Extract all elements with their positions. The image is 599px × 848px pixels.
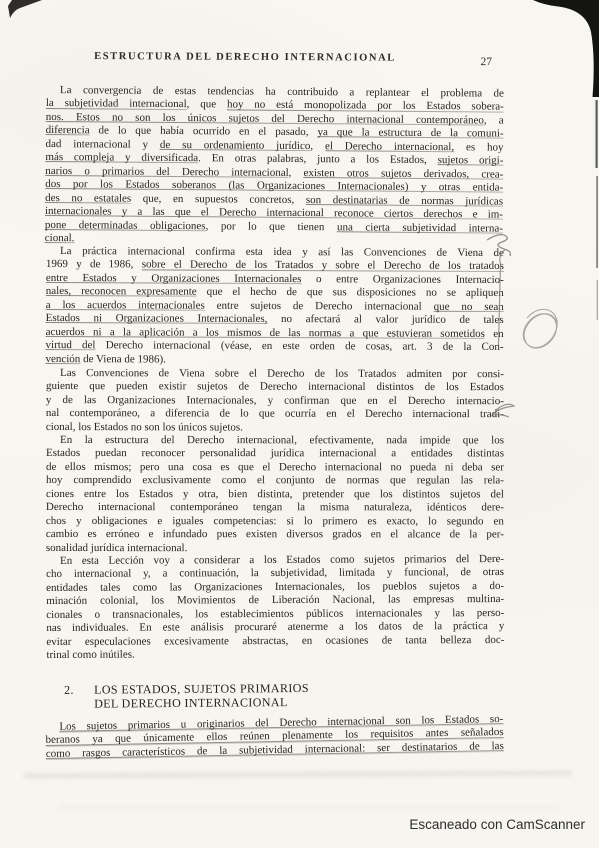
text-segment: cionales o transnacionales, los establec… xyxy=(46,607,504,621)
underlined-text-segment: acuerdos ni a la aplicación a los mismos… xyxy=(46,326,485,340)
page-number: 27 xyxy=(480,56,492,68)
text-segment: , que xyxy=(187,99,227,111)
underlined-text-segment: des no estatales xyxy=(45,192,131,205)
underlined-text-segment: la subjetividad internacional xyxy=(46,97,187,110)
text-line: evitar especulaciones excesivamente abst… xyxy=(46,634,504,649)
text-segment: Estados puedan reconocer personalidad ju… xyxy=(46,447,504,459)
page-header: ESTRUCTURA DEL DERECHO INTERNACIONAL 27 xyxy=(46,51,504,69)
underlined-text-segment: virtud del xyxy=(46,340,96,352)
text-segment: de ellos mismos; pero una cosa es que el… xyxy=(46,461,504,473)
paragraph-sujetos-primarios: Los sujetos primarios u originarios del … xyxy=(45,713,504,761)
section-title-line2: DEL DERECHO INTERNACIONAL xyxy=(46,694,504,712)
text-segment: nas individuales. En este análisis procu… xyxy=(46,620,504,634)
text-segment: que el hecho de que sus disposiciones no… xyxy=(197,286,504,299)
text-line: Estados puedan reconocer personalidad ju… xyxy=(46,447,504,461)
text-segment: no afectará al valor jurídico de tales xyxy=(267,314,503,327)
text-segment: , por lo que tienen xyxy=(206,220,338,233)
text-segment: , a xyxy=(484,114,504,126)
text-line: cambio es erróneo e infundado pues exist… xyxy=(46,528,504,542)
text-line: Las Convenciones de Viena sobre el Derec… xyxy=(46,367,504,382)
text-segment: guiente que pueden existir sujetos de De… xyxy=(46,380,504,393)
underlined-text-segment: a los acuerdos internacionales xyxy=(46,299,205,312)
paragraph-convergencia: La convergencia de estas tendencias ha c… xyxy=(45,84,504,249)
underlined-text-segment: sujetos origi- xyxy=(438,154,504,167)
text-segment: La práctica internacional confirma esta … xyxy=(60,245,504,259)
underlined-text-segment: Estados ni Organizaciones Internacionale… xyxy=(46,313,268,326)
text-segment: chos y obligaciones e iguales competenci… xyxy=(46,514,504,526)
section-number: 2. xyxy=(46,683,94,697)
text-segment: Derecho internacional (véase, en este or… xyxy=(95,340,503,354)
underlined-text-segment: el Derecho internacional, xyxy=(325,140,454,153)
underlined-text-segment: de su ordenamiento jurídico xyxy=(160,139,311,152)
text-segment: ciones entre los Estados y otra, bien di… xyxy=(46,488,504,500)
text-segment: que, en supuestos concretos, xyxy=(131,192,306,205)
text-line: guiente que pueden existir sujetos de De… xyxy=(46,380,504,395)
body-text-column: La convergencia de estas tendencias ha c… xyxy=(46,84,504,762)
underlined-text-segment: existen otros sujetos derivados, crea- xyxy=(304,167,504,181)
text-segment: nal contemporáneo, a diferencia de lo qu… xyxy=(46,407,504,420)
paragraph-practica-internacional: La práctica internacional confirma esta … xyxy=(45,245,504,368)
text-line: En la estructura del Derecho internacion… xyxy=(46,434,504,448)
text-segment: cional, los Estados no son los únicos su… xyxy=(46,420,243,433)
underlined-text-segment: son destinatarias de normas jurídicas xyxy=(306,194,503,208)
text-segment: En la estructura del Derecho internacion… xyxy=(60,434,504,446)
underlined-text-segment: internacionales y a las que el Derecho i… xyxy=(45,205,503,221)
text-segment: de lo que había ocurrido en el pasado, xyxy=(90,125,318,139)
text-segment: evitar especulaciones excesivamente abst… xyxy=(46,634,504,648)
text-line: chos y obligaciones e iguales competenci… xyxy=(46,515,504,529)
underlined-text-segment: hoy no está monopolizada por los Estados… xyxy=(227,99,504,113)
text-segment: de Viena de 1986). xyxy=(80,353,166,365)
underlined-text-segment: más compleja y diversificada xyxy=(45,151,198,164)
text-line: de ellos mismos; pero una cosa es que el… xyxy=(46,461,504,475)
underlined-text-segment: sobre el Derecho de los Tratados y sobre… xyxy=(142,259,504,273)
paragraph-convenciones-viena: Las Convenciones de Viena sobre el Derec… xyxy=(46,367,504,435)
text-segment: o entre Organizaciones Internacio- xyxy=(301,273,503,286)
camscanner-watermark: Escaneado con CamScanner xyxy=(409,817,585,832)
text-segment: , xyxy=(310,140,325,152)
text-segment: minación colonial, los Movimientos de Li… xyxy=(46,593,504,607)
text-segment: hoy comprendido exclusivamente como el c… xyxy=(46,474,504,486)
text-segment: cho internacional y, a continuación, la … xyxy=(46,566,504,580)
underlined-text-segment: narios o primarios del Derecho internaci… xyxy=(45,165,288,179)
text-segment: Las Convenciones de Viena sobre el Derec… xyxy=(60,367,504,380)
text-line: y de las Organizaciones Internacionales,… xyxy=(46,393,504,408)
paragraph-estructura-derecho: En la estructura del Derecho internacion… xyxy=(46,434,504,555)
underlined-text-segment: dos por los Estados soberanos (las Organ… xyxy=(45,178,503,194)
paragraph-en-esta-leccion: En esta Lección voy a considerar a los E… xyxy=(46,553,504,663)
text-line: cional, los Estados no son los únicos su… xyxy=(46,420,504,435)
underlined-text-segment: entre Estados y Organizaciones Internaci… xyxy=(46,272,302,285)
text-segment: En esta Lección voy a considerar a los E… xyxy=(60,553,504,567)
underlined-text-segment: una cierta subjetividad interna- xyxy=(337,221,503,234)
text-line: trinal como inútiles. xyxy=(46,647,504,662)
text-segment: . En otras palabras, junto a los Estados… xyxy=(198,152,438,166)
text-segment: en xyxy=(485,328,504,340)
text-segment: entre sujetos de Derecho internacional xyxy=(205,300,434,313)
text-segment: 1969 y de 1986, xyxy=(46,259,142,271)
text-line: hoy comprendido exclusivamente como el c… xyxy=(46,474,504,488)
underlined-text-segment: vención xyxy=(45,353,80,365)
underlined-text-segment: ya que la estructura de la comuni- xyxy=(317,126,503,139)
underlined-text-segment: nales, reconocen expresamente xyxy=(46,286,197,299)
text-segment: dad internacional y xyxy=(45,138,159,151)
underlined-text-segment: que no sean xyxy=(434,301,504,313)
text-line: nal contemporáneo, a diferencia de lo qu… xyxy=(46,407,504,422)
text-line: Derecho internacional contemporáneo teng… xyxy=(46,501,504,515)
text-segment: trinal como inútiles. xyxy=(46,649,134,661)
text-segment: cambio es erróneo e infundado pues exist… xyxy=(46,528,504,540)
text-segment: es hoy xyxy=(454,141,503,153)
underlined-text-segment: pone determinadas obligaciones xyxy=(45,219,206,232)
running-header-title: ESTRUCTURA DEL DERECHO INTERNACIONAL xyxy=(46,51,444,64)
text-segment: Derecho internacional contemporáneo teng… xyxy=(46,501,504,513)
section-heading: 2.LOS ESTADOS, SUJETOS PRIMARIOS DEL DER… xyxy=(46,680,504,712)
text-segment: , xyxy=(289,167,304,179)
text-segment: y de las Organizaciones Internacionales,… xyxy=(46,393,504,406)
text-segment: sonalidad jurídica internacional. xyxy=(46,541,187,553)
text-segment: entidades tales como las Organizaciones … xyxy=(46,580,504,594)
underlined-text-segment: diferencia xyxy=(46,124,90,136)
text-line: ciones entre los Estados y otra, bien di… xyxy=(46,488,504,502)
underlined-text-segment: cional. xyxy=(45,232,75,244)
